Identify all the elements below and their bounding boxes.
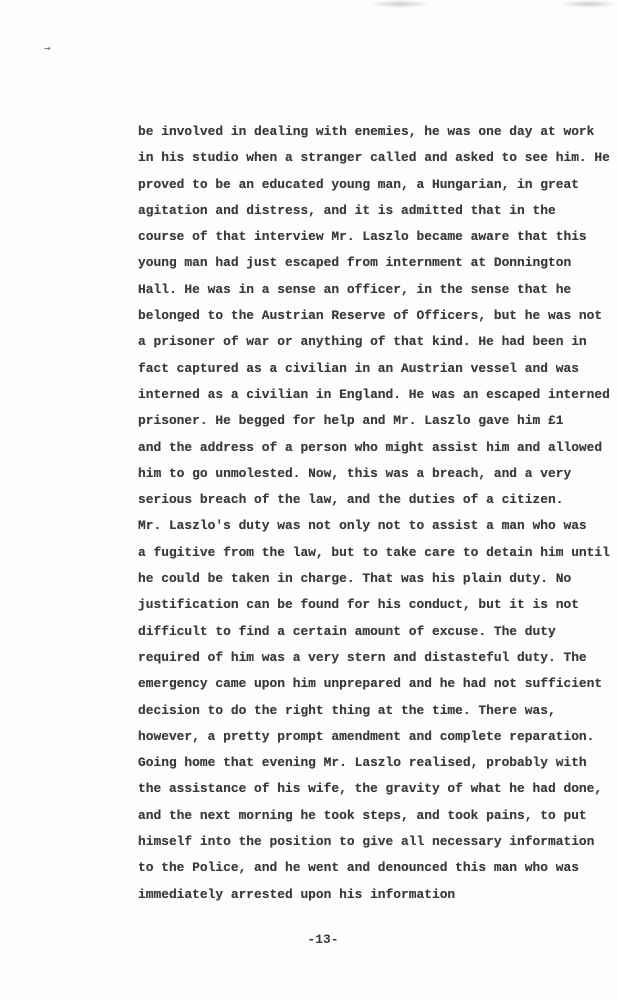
text-line: and the next morning he took steps, and …	[138, 803, 610, 829]
page-number: -13-	[0, 932, 618, 947]
text-line: fact captured as a civilian in an Austri…	[138, 356, 610, 382]
scan-smudge	[370, 0, 430, 8]
text-line: the assistance of his wife, the gravity …	[138, 776, 610, 802]
document-page: → be involved in dealing with enemies, h…	[0, 0, 618, 1000]
text-line: prisoner. He begged for help and Mr. Las…	[138, 408, 610, 434]
text-line: in his studio when a stranger called and…	[138, 145, 610, 171]
text-line: to the Police, and he went and denounced…	[138, 855, 610, 881]
text-line: him to go unmolested. Now, this was a br…	[138, 461, 610, 487]
text-line: difficult to find a certain amount of ex…	[138, 619, 610, 645]
text-line: himself into the position to give all ne…	[138, 829, 610, 855]
text-line: required of him was a very stern and dis…	[138, 645, 610, 671]
text-line: Going home that evening Mr. Laszlo reali…	[138, 750, 610, 776]
text-line: belonged to the Austrian Reserve of Offi…	[138, 303, 610, 329]
text-line: decision to do the right thing at the ti…	[138, 698, 610, 724]
scan-smudge	[560, 0, 618, 8]
text-line: immediately arrested upon his informatio…	[138, 882, 610, 908]
text-line: and the address of a person who might as…	[138, 435, 610, 461]
text-line: Hall. He was in a sense an officer, in t…	[138, 277, 610, 303]
text-line: serious breach of the law, and the dutie…	[138, 487, 610, 513]
text-line: justification can be found for his condu…	[138, 592, 610, 618]
text-line: Mr. Laszlo's duty was not only not to as…	[138, 513, 610, 539]
text-line: agitation and distress, and it is admitt…	[138, 198, 610, 224]
text-line: interned as a civilian in England. He wa…	[138, 382, 610, 408]
text-line: course of that interview Mr. Laszlo beca…	[138, 224, 610, 250]
text-line: proved to be an educated young man, a Hu…	[138, 172, 610, 198]
text-line: be involved in dealing with enemies, he …	[138, 119, 610, 145]
document-body: be involved in dealing with enemies, he …	[138, 119, 610, 908]
text-line: he could be taken in charge. That was hi…	[138, 566, 610, 592]
text-line: emergency came upon him unprepared and h…	[138, 671, 610, 697]
text-line: young man had just escaped from internme…	[138, 250, 610, 276]
text-line: a prisoner of war or anything of that ki…	[138, 329, 610, 355]
text-line: however, a pretty prompt amendment and c…	[138, 724, 610, 750]
margin-mark-icon: →	[44, 46, 50, 52]
text-line: a fugitive from the law, but to take car…	[138, 540, 610, 566]
